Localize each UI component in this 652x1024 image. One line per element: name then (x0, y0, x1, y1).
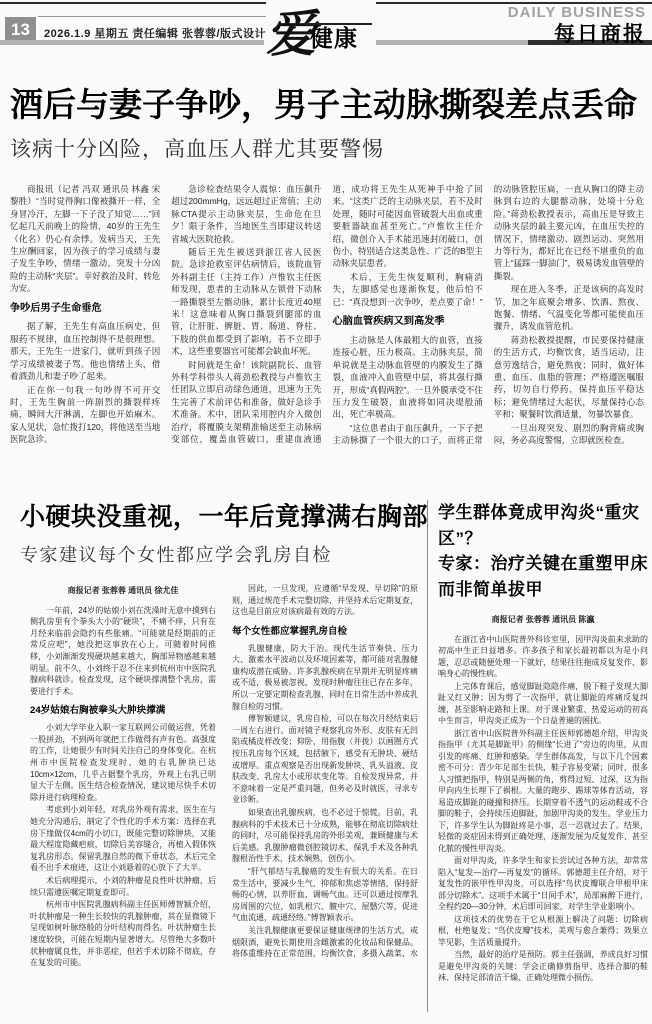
article-subhead: 24岁姑娘右胸被拳头大肿块撑满 (30, 704, 216, 718)
article-paragraph: 傅智颖建议，乳房自检，可以在每次月经结束后一周左右进行。面对镜子观察乳房外形、皮… (232, 713, 418, 806)
article-paragraph: 如果查出乳腺疾病，也不必过于惊慌。目前，乳腺病科的手术技术已十分成熟，能够在彻底… (232, 807, 418, 865)
sidebar-headline-line-3: 而非简单拔甲 (438, 577, 648, 603)
header-bar-left (0, 40, 264, 45)
sidebar-article-headline: 学生群体竟成甲沟炎“重灾区”？ 专家：治疗关键在重塑甲床 而非简单拔甲 (438, 500, 648, 602)
article-paragraph: 术后，王先生恢复顺利，胸痛消失，左脚感觉也逐渐恢复，他后怕不已：“真没想到一次争… (333, 271, 483, 308)
sidebar-article: 学生群体竟成甲沟炎“重灾区”？ 专家：治疗关键在重塑甲床 而非简单拔甲 商报记者… (438, 500, 648, 1004)
article-paragraph: 面对甲沟炎，许多学生和家长尝试过各种方法，却常常陷入“复发—治疗—再复发”的循环… (438, 855, 648, 913)
sidebar-divider-rule (427, 500, 428, 1012)
article-paragraph: 商报讯（记者 冯双 通讯员 林鑫 宋黎胜）“当时觉得胸口像被撕开一样，全身冒冷汗… (10, 183, 160, 295)
article-paragraph: 一年前，24岁的姑娘小刘在洗澡时无意中摸到右侧乳房里有个拳头大小的“硬块”，不痛… (30, 605, 216, 698)
article-paragraph: 现在进入冬季，正是该病的高发时节，加之年底聚会增多、饮酒、熬夜、饱餐、情绪、气温… (494, 283, 644, 333)
article-paragraph: 上完体育课后，感觉脚趾隐隐作痛，脱下鞋子发现大脚趾又红又肿；因为剪了一次指甲，就… (438, 681, 648, 727)
article-paragraph: 正在你一句我一句吵得不可开交时，王先生胸前一阵剧烈的撕裂样疼痛，瞬间大汗淋漓，左… (10, 384, 160, 446)
main-article-subheadline: 该病十分凶险，高血压人群尤其要警惕 (10, 133, 644, 163)
article-byline: 商报记者 张蓉蓉 通讯员 徐尤佳 (30, 585, 216, 597)
sidebar-article-body: 商报记者 张蓉蓉 通讯员 陈瀛在浙江省中山医院普外科诊室里，因甲沟炎前来求助的初… (438, 612, 648, 1004)
article-paragraph: 术后病理提示，小刘的肿瘤是良性叶状肿瘤，后续只需遵医嘱定期复查即可。 (30, 875, 216, 898)
article-paragraph: 小刘大学毕业入职一家互联网公司做运营，凭着一股拼劲，不到两年就把工作做得有声有色… (30, 722, 216, 803)
logo-health-text: 健康 (310, 20, 358, 53)
date-editor-line: 2026.1.9 星期五 责任编辑 张蓉蓉/版式设计 汪瑶 (44, 25, 293, 41)
article-paragraph: 杭州市中医院乳腺病科副主任医师傅智颖介绍，叶状肿瘤是一种生长较快的乳腺肿瘤，其在… (30, 899, 216, 969)
article-paragraph: 随后王先生被送到浙江省人民医院。急诊抢救室评估病情后，该院血管外科副主任（主持工… (171, 246, 321, 358)
sidebar-headline-line-1: 学生群体竟成甲沟炎“重灾区”？ (438, 500, 648, 551)
newspaper-page: 13 2026.1.9 星期五 责任编辑 张蓉蓉/版式设计 汪瑶 爱 健康 DA… (0, 0, 652, 1024)
second-article-headline: 小硬块没重视，一年后竟撑满右胸部 (20, 497, 418, 533)
article-paragraph: 考虑到小刘年轻，对乳房外观有需求，医生在与她充分沟通后，制定了个性化的手术方案：… (30, 804, 216, 874)
article-byline: 商报记者 张蓉蓉 通讯员 陈瀛 (438, 614, 648, 626)
article-paragraph: “肝气郁结与乳腺癌的发生有很大的关系。在日常生活中，要减少生气、抑郁和焦虑等情绪… (232, 866, 418, 924)
article-paragraph: 在浙江省中山医院普外科诊室里，因甲沟炎前来求助的初高中生正日益增多。许多孩子和家… (438, 634, 648, 680)
section-logo: 爱 健康 (266, 2, 376, 48)
article-paragraph: 一旦出现突发、剧烈的胸背痛或胸闷，务必高度警惕，立即就医检查。 (494, 422, 644, 447)
article-paragraph: 据了解，王先生有高血压病史，但服药不规律，血压控制得不是很理想。那天，王先生一进… (10, 320, 160, 382)
article-paragraph: 蒋劲松教授提醒，市民要保持健康的生活方式，均衡饮食，适当运动，注意劳逸结合，避免… (494, 334, 644, 421)
page-number-badge: 13 (5, 17, 36, 42)
main-article: 酒后与妻子争吵，男子主动脉撕裂差点丢命 该病十分凶险，高血压人群尤其要警惕 商报… (10, 86, 644, 501)
second-article: 小硬块没重视，一年后竟撑满右胸部 专家建议每个女性都应学会乳房自检 商报记者 张… (20, 497, 418, 977)
second-article-subheadline: 专家建议每个女性都应学会乳房自检 (20, 541, 418, 567)
header-thin-rule (38, 16, 274, 17)
second-article-body: 商报记者 张蓉蓉 通讯员 徐尤佳一年前，24岁的姑娘小刘在洗澡时无意中摸到右侧乳… (30, 583, 418, 977)
article-subhead: 心脑血管疾病又到高发季 (333, 315, 483, 330)
article-paragraph: 这项技术的优势在于它从根源上解决了问题：切除病根，杜绝复发；“鸟伏皮瓣”技术，美… (438, 914, 648, 949)
article-paragraph: 乳腺健康，防大于治。现代生活节奏快、压力大、激素水平波动以及环境因素等，都可能对… (232, 643, 418, 713)
masthead-chinese: 每日商报 (554, 18, 646, 48)
logo-love-character: 爱 (266, 0, 316, 66)
article-paragraph: 急诊检查结果令人震惊：血压飙升超过200mmHg，远远超过正常值；主动脉CTA提… (171, 183, 321, 245)
main-article-body: 商报讯（记者 冯双 通讯员 林鑫 宋黎胜）“当时觉得胸口像被撕开一样，全身冒冷汗… (10, 183, 644, 501)
article-subhead: 争吵后男子生命垂危 (10, 302, 160, 317)
article-paragraph: 浙江省中山医院普外科副主任医师郭德超介绍，甲沟炎指指甲（尤其是脚趾甲）的侧缘“长… (438, 728, 648, 855)
main-article-headline: 酒后与妻子争吵，男子主动脉撕裂差点丢命 (10, 86, 644, 124)
article-paragraph: 主动脉是人体最粗大的血管，直接连接心脏，压力极高。主动脉夹层，简单说就是主动脉血… (333, 334, 483, 421)
article-paragraph: 因此，一旦发现，应遵循“早发现、早切除”的原则，通过规范手术完整切除，并坚持术后… (232, 583, 418, 618)
article-paragraph: 当然，最好的治疗是预防。郭主任强调，养成良好习惯是避免甲沟炎的关键：学会正确修剪… (438, 949, 648, 984)
article-subhead: 每个女性都应掌握乳房自检 (232, 625, 418, 639)
sidebar-headline-line-2: 专家：治疗关键在重塑甲床 (438, 551, 648, 577)
